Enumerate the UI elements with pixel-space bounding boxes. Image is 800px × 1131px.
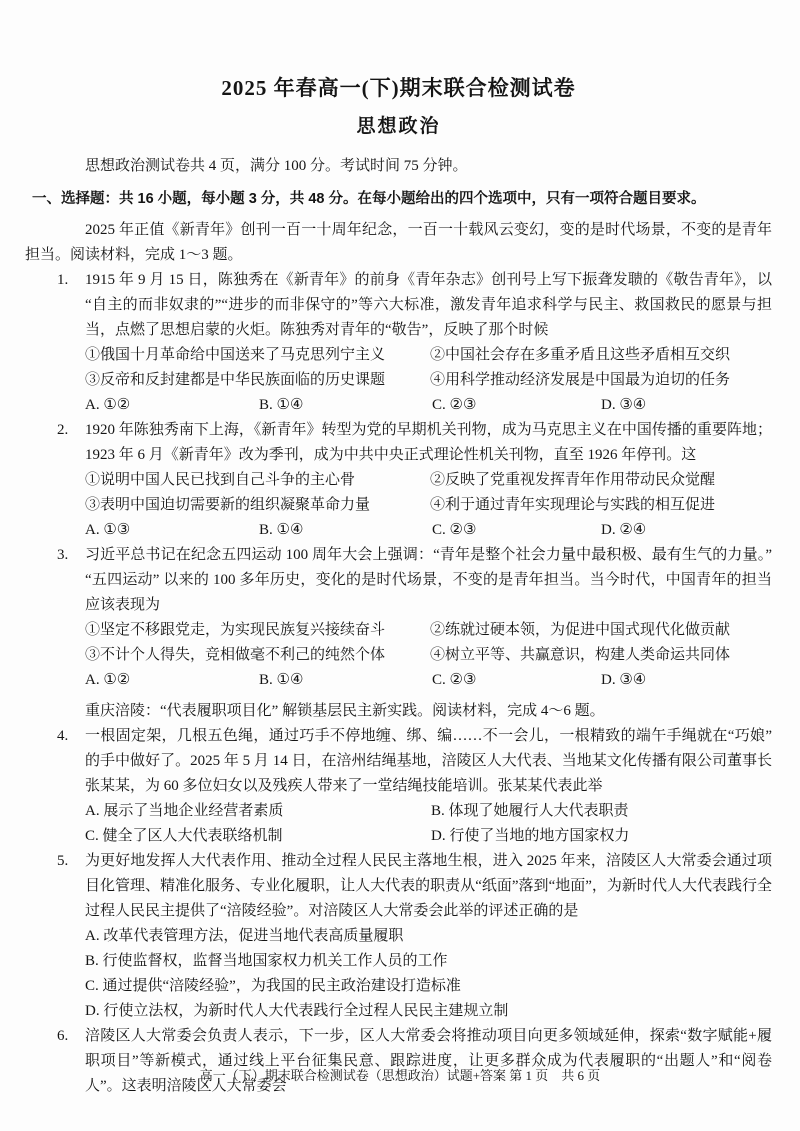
- statement: ③反帝和反封建都是中华民族面临的历史课题: [85, 368, 430, 393]
- choices-list: A. 改革代表管理方法，促进当地代表高质量履职 B. 行使监督权，监督当地国家权…: [85, 924, 772, 1024]
- statement: ③表明中国迫切需要新的组织凝聚革命力量: [85, 493, 430, 518]
- statement: ④利于通过青年实现理论与实践的相互促进: [430, 493, 772, 518]
- statement-grid: ①俄国十月革命给中国送来了马克思列宁主义 ②中国社会存在多重矛盾且这些矛盾相互交…: [85, 343, 772, 393]
- question-stem: 1920 年陈独秀南下上海，《新青年》转型为党的早期机关刊物，成为马克思主义在中…: [85, 418, 772, 468]
- question-number: 3.: [57, 543, 68, 568]
- choice-option: B. 体现了她履行人大代表职责: [431, 799, 772, 824]
- material-intro-2: 重庆涪陵：“代表履职项目化” 解锁基层民主新实践。阅读材料，完成 4～6 题。: [25, 699, 772, 724]
- statement-grid: ①说明中国人民已找到自己斗争的主心骨 ②反映了党重视发挥青年作用带动民众觉醒 ③…: [85, 468, 772, 518]
- question-number: 5.: [57, 849, 68, 874]
- question-3: 3. 习近平总书记在纪念五四运动 100 周年大会上强调：“青年是整个社会力量中…: [25, 543, 772, 693]
- statement: ③不计个人得失，竞相做毫不利己的纯然个体: [85, 643, 430, 668]
- question-2: 2. 1920 年陈独秀南下上海，《新青年》转型为党的早期机关刊物，成为马克思主…: [25, 418, 772, 543]
- choice-option: A. ①②: [85, 393, 259, 418]
- statement: ①俄国十月革命给中国送来了马克思列宁主义: [85, 343, 430, 368]
- question-number: 2.: [57, 418, 68, 443]
- exam-page: 2025 年春高一(下)期末联合检测试卷 思想政治 思想政治测试卷共 4 页，满…: [0, 0, 800, 1099]
- choice-option: A. 展示了当地企业经营者素质: [85, 799, 431, 824]
- statement: ②中国社会存在多重矛盾且这些矛盾相互交织: [430, 343, 772, 368]
- choice-option: A. 改革代表管理方法，促进当地代表高质量履职: [85, 924, 772, 949]
- choices-row: A. ①③ B. ①④ C. ②③ D. ②④: [85, 518, 772, 543]
- choice-option: D. ③④: [601, 668, 772, 693]
- question-number: 4.: [57, 724, 68, 749]
- question-4: 4. 一根固定架，几根五色绳，通过巧手不停地缠、绑、编……不一会儿，一根精致的端…: [25, 724, 772, 849]
- choice-option: C. 通过提供“涪陵经验”，为我国的民主政治建设打造标准: [85, 974, 772, 999]
- statement: ②练就过硬本领，为促进中国式现代化做贡献: [430, 618, 772, 643]
- material-intro-1: 2025 年正值《新青年》创刊一百一十周年纪念，一百一十载风云变幻，变的是时代场…: [25, 218, 772, 268]
- statement: ①坚定不移跟党走，为实现民族复兴接续奋斗: [85, 618, 430, 643]
- statement: ④用科学推动经济发展是中国最为迫切的任务: [430, 368, 772, 393]
- choice-option: A. ①②: [85, 668, 259, 693]
- choice-option: C. ②③: [432, 518, 601, 543]
- choice-option: D. ③④: [601, 393, 772, 418]
- choice-option: C. ②③: [432, 668, 601, 693]
- question-6: 6. 涪陵区人大常委会负责人表示，下一步，区人大常委会将推动项目向更多领域延伸，…: [25, 1024, 772, 1099]
- question-stem: 1915 年 9 月 15 日，陈独秀在《新青年》的前身《青年杂志》创刊号上写下…: [85, 268, 772, 343]
- question-stem: 一根固定架，几根五色绳，通过巧手不停地缠、绑、编……不一会儿，一根精致的端午手绳…: [85, 724, 772, 799]
- choice-option: B. ①④: [259, 668, 432, 693]
- statement: ①说明中国人民已找到自己斗争的主心骨: [85, 468, 430, 493]
- question-1: 1. 1915 年 9 月 15 日，陈独秀在《新青年》的前身《青年杂志》创刊号…: [25, 268, 772, 418]
- choice-option: C. 健全了区人大代表联络机制: [85, 824, 431, 849]
- choice-option: C. ②③: [432, 393, 601, 418]
- question-stem: 涪陵区人大常委会负责人表示，下一步，区人大常委会将推动项目向更多领域延伸，探索“…: [85, 1024, 772, 1099]
- choice-option: D. 行使了当地的地方国家权力: [431, 824, 772, 849]
- question-stem: 习近平总书记在纪念五四运动 100 周年大会上强调：“青年是整个社会力量中最积极…: [85, 543, 772, 618]
- section-heading: 一、选择题：共 16 小题，每小题 3 分，共 48 分。在每小题给出的四个选项…: [25, 187, 772, 212]
- page-subject: 思想政治: [25, 114, 772, 140]
- choice-option: B. ①④: [259, 518, 432, 543]
- choice-option: B. 行使监督权，监督当地国家权力机关工作人员的工作: [85, 949, 772, 974]
- choices-row: A. ①② B. ①④ C. ②③ D. ③④: [85, 668, 772, 693]
- statement-grid: ①坚定不移跟党走，为实现民族复兴接续奋斗 ②练就过硬本领，为促进中国式现代化做贡…: [85, 618, 772, 668]
- choices-row: A. ①② B. ①④ C. ②③ D. ③④: [85, 393, 772, 418]
- choice-option: D. ②④: [601, 518, 772, 543]
- choice-option: D. 行使立法权，为新时代人大代表践行全过程人民民主建规立制: [85, 999, 772, 1024]
- statement: ④树立平等、共赢意识，构建人类命运共同体: [430, 643, 772, 668]
- question-stem: 为更好地发挥人大代表作用、推动全过程人民民主落地生根，进入 2025 年来，涪陵…: [85, 849, 772, 924]
- page-footer: 高一（下）期末联合检测试卷（思想政治）试题+答案 第 1 页 共 6 页: [0, 1066, 800, 1086]
- question-number: 6.: [57, 1024, 68, 1049]
- choices-grid: A. 展示了当地企业经营者素质 B. 体现了她履行人大代表职责 C. 健全了区人…: [85, 799, 772, 849]
- question-number: 1.: [57, 268, 68, 293]
- statement: ②反映了党重视发挥青年作用带动民众觉醒: [430, 468, 772, 493]
- exam-info: 思想政治测试卷共 4 页，满分 100 分。考试时间 75 分钟。: [25, 154, 772, 179]
- choice-option: B. ①④: [259, 393, 432, 418]
- page-title: 2025 年春高一(下)期末联合检测试卷: [25, 74, 772, 102]
- question-5: 5. 为更好地发挥人大代表作用、推动全过程人民民主落地生根，进入 2025 年来…: [25, 849, 772, 1024]
- choice-option: A. ①③: [85, 518, 259, 543]
